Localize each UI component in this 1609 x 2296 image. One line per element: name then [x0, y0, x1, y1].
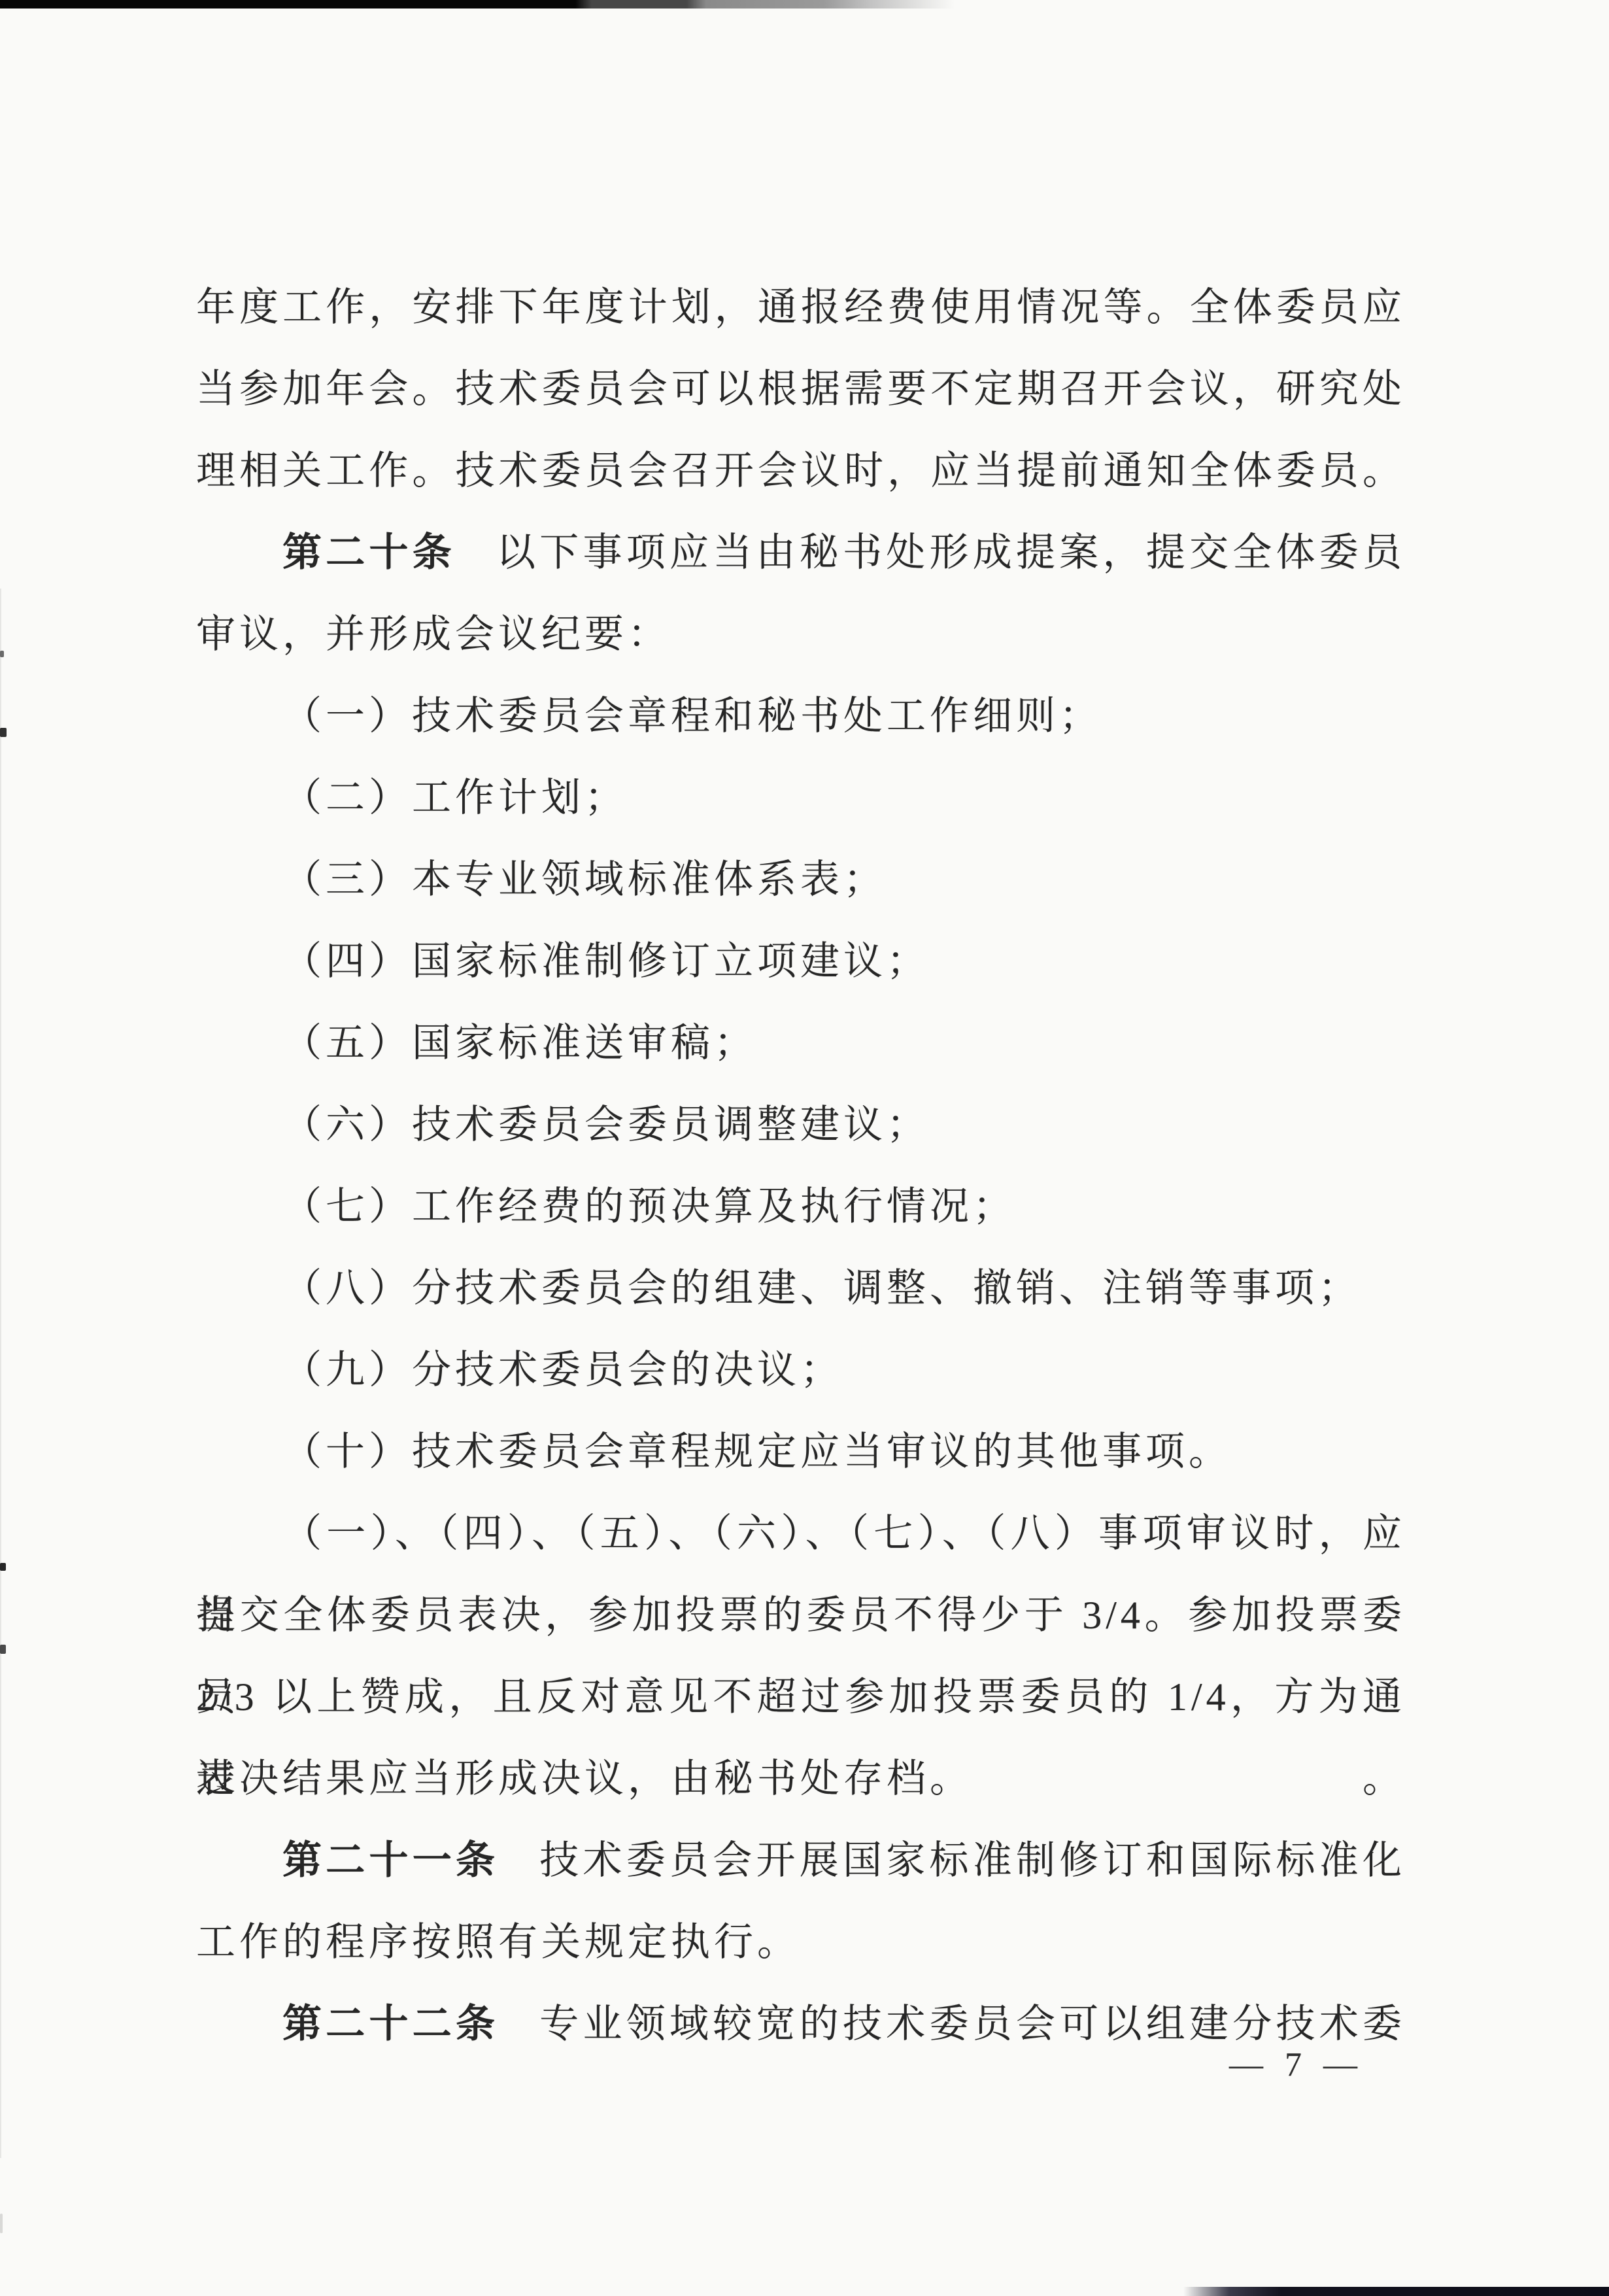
scan-artifact-speck	[0, 2214, 3, 2233]
doc-line-article-21: 第二十一条技术委员会开展国家标准制修订和国际标准化	[196, 1820, 1406, 1902]
doc-line-article-20: 第二十条以下事项应当由秘书处形成提案，提交全体委员	[196, 512, 1406, 594]
doc-line-list-item-1: （一）技术委员会章程和秘书处工作细则；	[196, 676, 1406, 757]
article-text: 专业领域较宽的技术委员会可以组建分技术委	[539, 2002, 1406, 2046]
scan-artifact-left-edge-line	[0, 589, 1, 2158]
doc-line: 提交全体委员表决，参加投票的委员不得少于 3/4。参加投票委员	[196, 1575, 1406, 1656]
doc-line-list-item-7: （七）工作经费的预决算及执行情况；	[196, 1166, 1406, 1248]
scan-artifact-speck	[0, 1645, 6, 1654]
scanned-document-page: 年度工作，安排下年度计划，通报经费使用情况等。全体委员应 当参加年会。技术委员会…	[0, 0, 1609, 2296]
doc-line-list-item-8: （八）分技术委员会的组建、调整、撤销、注销等事项；	[196, 1248, 1406, 1329]
doc-line: 工作的程序按照有关规定执行。	[196, 1902, 1406, 1983]
article-text: 以下事项应当由秘书处形成提案，提交全体委员	[496, 531, 1406, 574]
doc-line-list-item-2: （二）工作计划；	[196, 757, 1406, 839]
doc-line: 当参加年会。技术委员会可以根据需要不定期召开会议，研究处	[196, 349, 1406, 430]
page-number: — 7 —	[1229, 2046, 1364, 2085]
scan-artifact-speck	[0, 1563, 6, 1571]
doc-line-list-item-9: （九）分技术委员会的决议；	[196, 1329, 1406, 1411]
doc-line-list-item-4: （四）国家标准制修订立项建议；	[196, 921, 1406, 1002]
doc-line: 年度工作，安排下年度计划，通报经费使用情况等。全体委员应	[196, 267, 1406, 349]
doc-line-list-item-6: （六）技术委员会委员调整建议；	[196, 1084, 1406, 1166]
scan-artifact-top-edge	[0, 0, 964, 9]
doc-line: 审议，并形成会议纪要：	[196, 594, 1406, 676]
scan-artifact-speck	[0, 728, 7, 737]
doc-line: （一）、（四）、（五）、（六）、（七）、（八）事项审议时，应当	[196, 1493, 1406, 1575]
doc-line-list-item-5: （五）国家标准送审稿；	[196, 1002, 1406, 1084]
scan-artifact-bottom-edge	[1183, 2287, 1609, 2296]
document-body: 年度工作，安排下年度计划，通报经费使用情况等。全体委员应 当参加年会。技术委员会…	[196, 267, 1406, 2065]
article-text: 技术委员会开展国家标准制修订和国际标准化	[539, 1839, 1406, 1882]
doc-line-list-item-3: （三）本专业领域标准体系表；	[196, 839, 1406, 921]
scan-artifact-speck	[0, 651, 4, 657]
article-number: 第二十一条	[282, 1839, 499, 1882]
article-number: 第二十条	[282, 531, 456, 574]
doc-line: 理相关工作。技术委员会召开会议时，应当提前通知全体委员。	[196, 430, 1406, 512]
doc-line: 2/3 以上赞成，且反对意见不超过参加投票委员的 1/4，方为通过。	[196, 1656, 1406, 1738]
article-number: 第二十二条	[282, 2002, 499, 2046]
doc-line-list-item-10: （十）技术委员会章程规定应当审议的其他事项。	[196, 1411, 1406, 1493]
doc-line-article-22: 第二十二条专业领域较宽的技术委员会可以组建分技术委	[196, 1983, 1406, 2065]
